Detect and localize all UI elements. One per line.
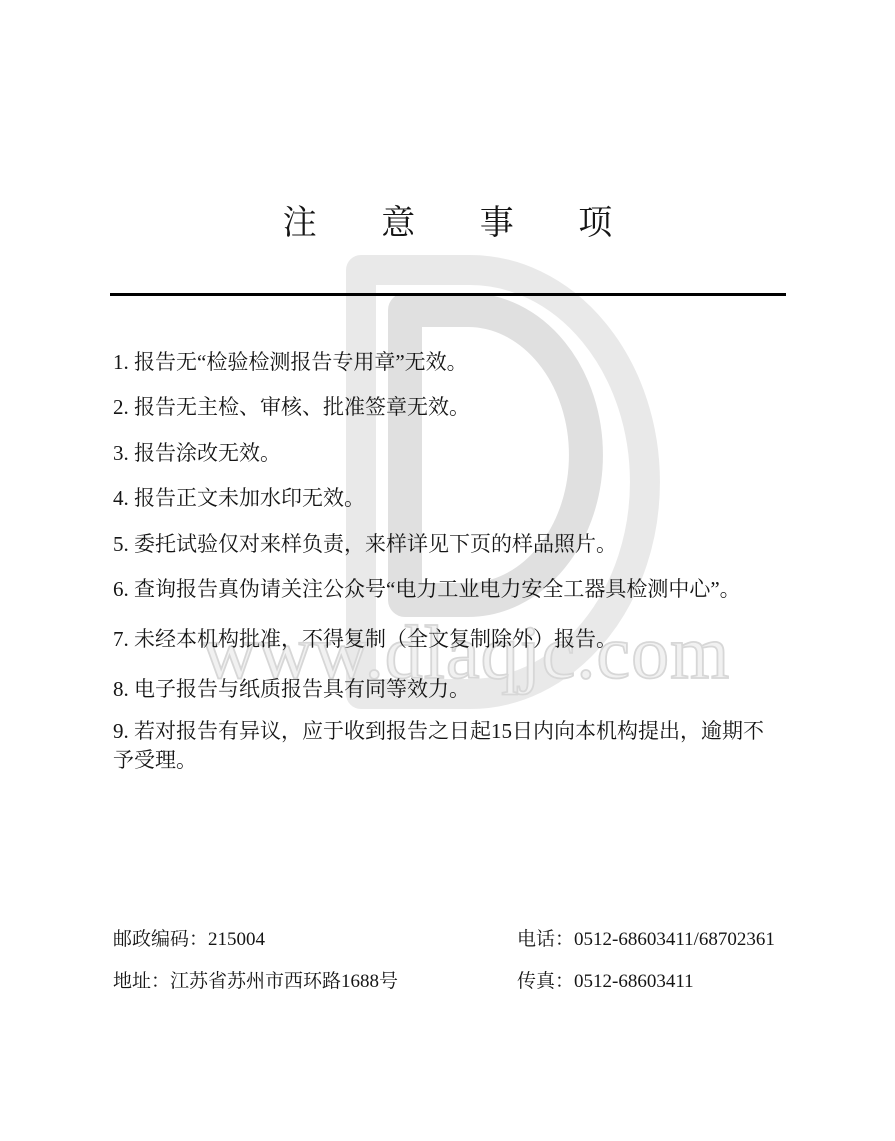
title-divider-rule <box>110 293 786 296</box>
footer-phone: 电话：0512-68603411/68702361 <box>517 928 775 952</box>
notice-item-6: 6. 查询报告真伪请关注公众号“电力工业电力安全工器具检测中心”。 <box>113 575 793 604</box>
notice-item-4: 4. 报告正文未加水印无效。 <box>113 484 793 513</box>
footer-postal-code: 邮政编码：215004 <box>113 928 265 952</box>
page-title: 注 意 事 项 <box>0 203 895 245</box>
notice-item-5: 5. 委托试验仅对来样负责，来样详见下页的样品照片。 <box>113 530 793 559</box>
notice-item-1: 1. 报告无“检验检测报告专用章”无效。 <box>113 348 793 377</box>
notice-item-9: 9. 若对报告有异议，应于收到报告之日起15日内向本机构提出，逾期不予受理。 <box>113 717 769 775</box>
notice-content: 注 意 事 项 1. 报告无“检验检测报告专用章”无效。 2. 报告无主检、审核… <box>0 0 895 1141</box>
notice-item-8: 8. 电子报告与纸质报告具有同等效力。 <box>113 675 793 704</box>
footer-address: 地址：江苏省苏州市西环路1688号 <box>113 970 398 994</box>
notice-item-2: 2. 报告无主检、审核、批准签章无效。 <box>113 393 793 422</box>
notice-item-3: 3. 报告涂改无效。 <box>113 439 793 468</box>
footer-fax: 传真：0512-68603411 <box>517 970 694 994</box>
notice-page: www.dlaqjc.com 注 意 事 项 1. 报告无“检验检测报告专用章”… <box>0 0 895 1141</box>
notice-item-7: 7. 未经本机构批准，不得复制（全文复制除外）报告。 <box>113 625 793 654</box>
